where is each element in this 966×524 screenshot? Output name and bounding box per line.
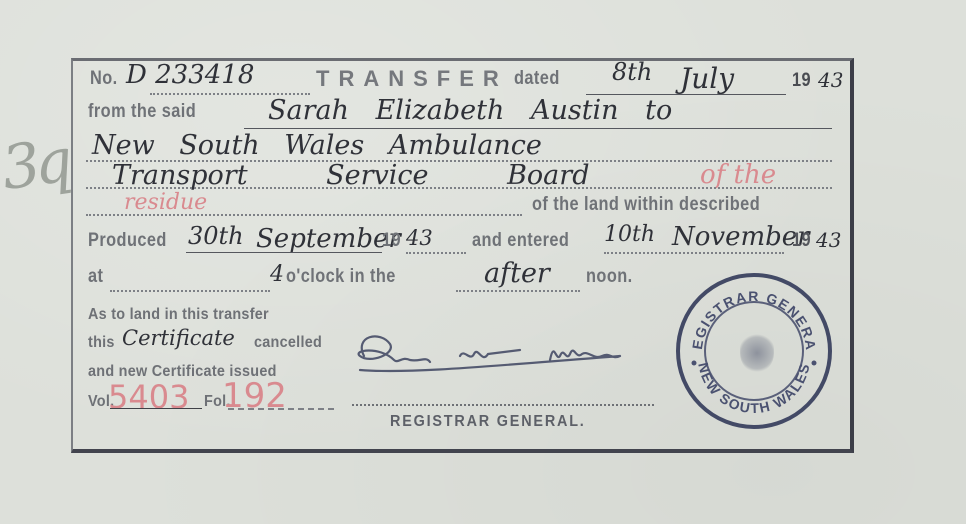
entered-day: 10th [604,222,655,247]
cert-note-line-2-hand: Certificate [122,326,235,350]
produced-year-dotted [406,252,466,254]
seal-dot-right-icon [812,361,817,366]
seal-text-ring: REGISTRAR GENERAL NEW SOUTH WALES [680,277,828,425]
dated-label: dated [514,68,560,90]
svg-text:NEW SOUTH WALES: NEW SOUTH WALES [695,361,813,416]
cert-note-line-2-prefix: this [88,334,115,352]
residue-dotted-line [86,214,522,216]
seal-dot-left-icon [692,361,697,366]
number-label: No. [90,68,118,90]
seal-top-text: REGISTRAR GENERAL [680,277,819,352]
produced-day: 30th [188,222,244,250]
dated-year-prefix: 19 [792,70,811,92]
entered-month: November [672,222,810,252]
period-dotted-line [456,290,580,292]
at-label: at [88,266,103,288]
produced-year-suffix: 43 [406,226,433,250]
vol-underline [110,408,202,409]
land-label: of the land within described [532,194,760,216]
entered-year-prefix: 19 [792,230,811,252]
cert-note-line-1: As to land in this transfer [88,306,269,324]
vol-value: 5403 [108,378,189,416]
produced-month: September [256,224,401,254]
entered-year-suffix: 43 [816,228,841,252]
at-dotted-line [110,290,270,292]
seal-bottom-text: NEW SOUTH WALES [695,361,813,416]
transferee-line-2: New South Wales Ambulance [92,130,542,161]
svg-text:REGISTRAR GENERAL: REGISTRAR GENERAL [680,277,819,352]
dated-year-suffix: 43 [818,68,843,92]
dated-day: 8th [612,58,652,86]
cert-note-line-2-suffix: cancelled [254,334,322,352]
produced-label: Produced [88,230,167,252]
transferor-line: Sarah Elizabeth Austin to [268,95,672,126]
signatory-title: REGISTRAR GENERAL. [390,413,586,431]
dated-month: July [680,62,734,95]
hour-value: 4 [270,262,284,287]
document-title: TRANSFER [316,66,508,92]
margin-pencil-note: 3q [0,126,71,204]
produced-year-prefix: 19 [382,230,401,252]
transferor-underline [244,128,832,129]
oclock-label: o'clock in the [286,266,396,288]
noon-label: noon. [586,266,633,288]
registrar-general-seal: REGISTRAR GENERAL NEW SOUTH WALES [676,273,832,429]
transferee-line-3-dotted [86,187,832,189]
fol-underline [228,408,334,410]
from-label: from the said [88,101,196,123]
annotation-of-the: of the [700,160,776,190]
signature-dotted-line [352,404,654,406]
fol-value: 192 [222,376,287,416]
registrar-signature [350,326,670,386]
document-number: D 233418 [126,60,254,90]
entered-label: and entered [472,230,569,252]
entered-underline [604,252,784,254]
annotation-residue: residue [124,190,207,215]
produced-underline [186,252,382,253]
period-value: after [484,258,550,289]
